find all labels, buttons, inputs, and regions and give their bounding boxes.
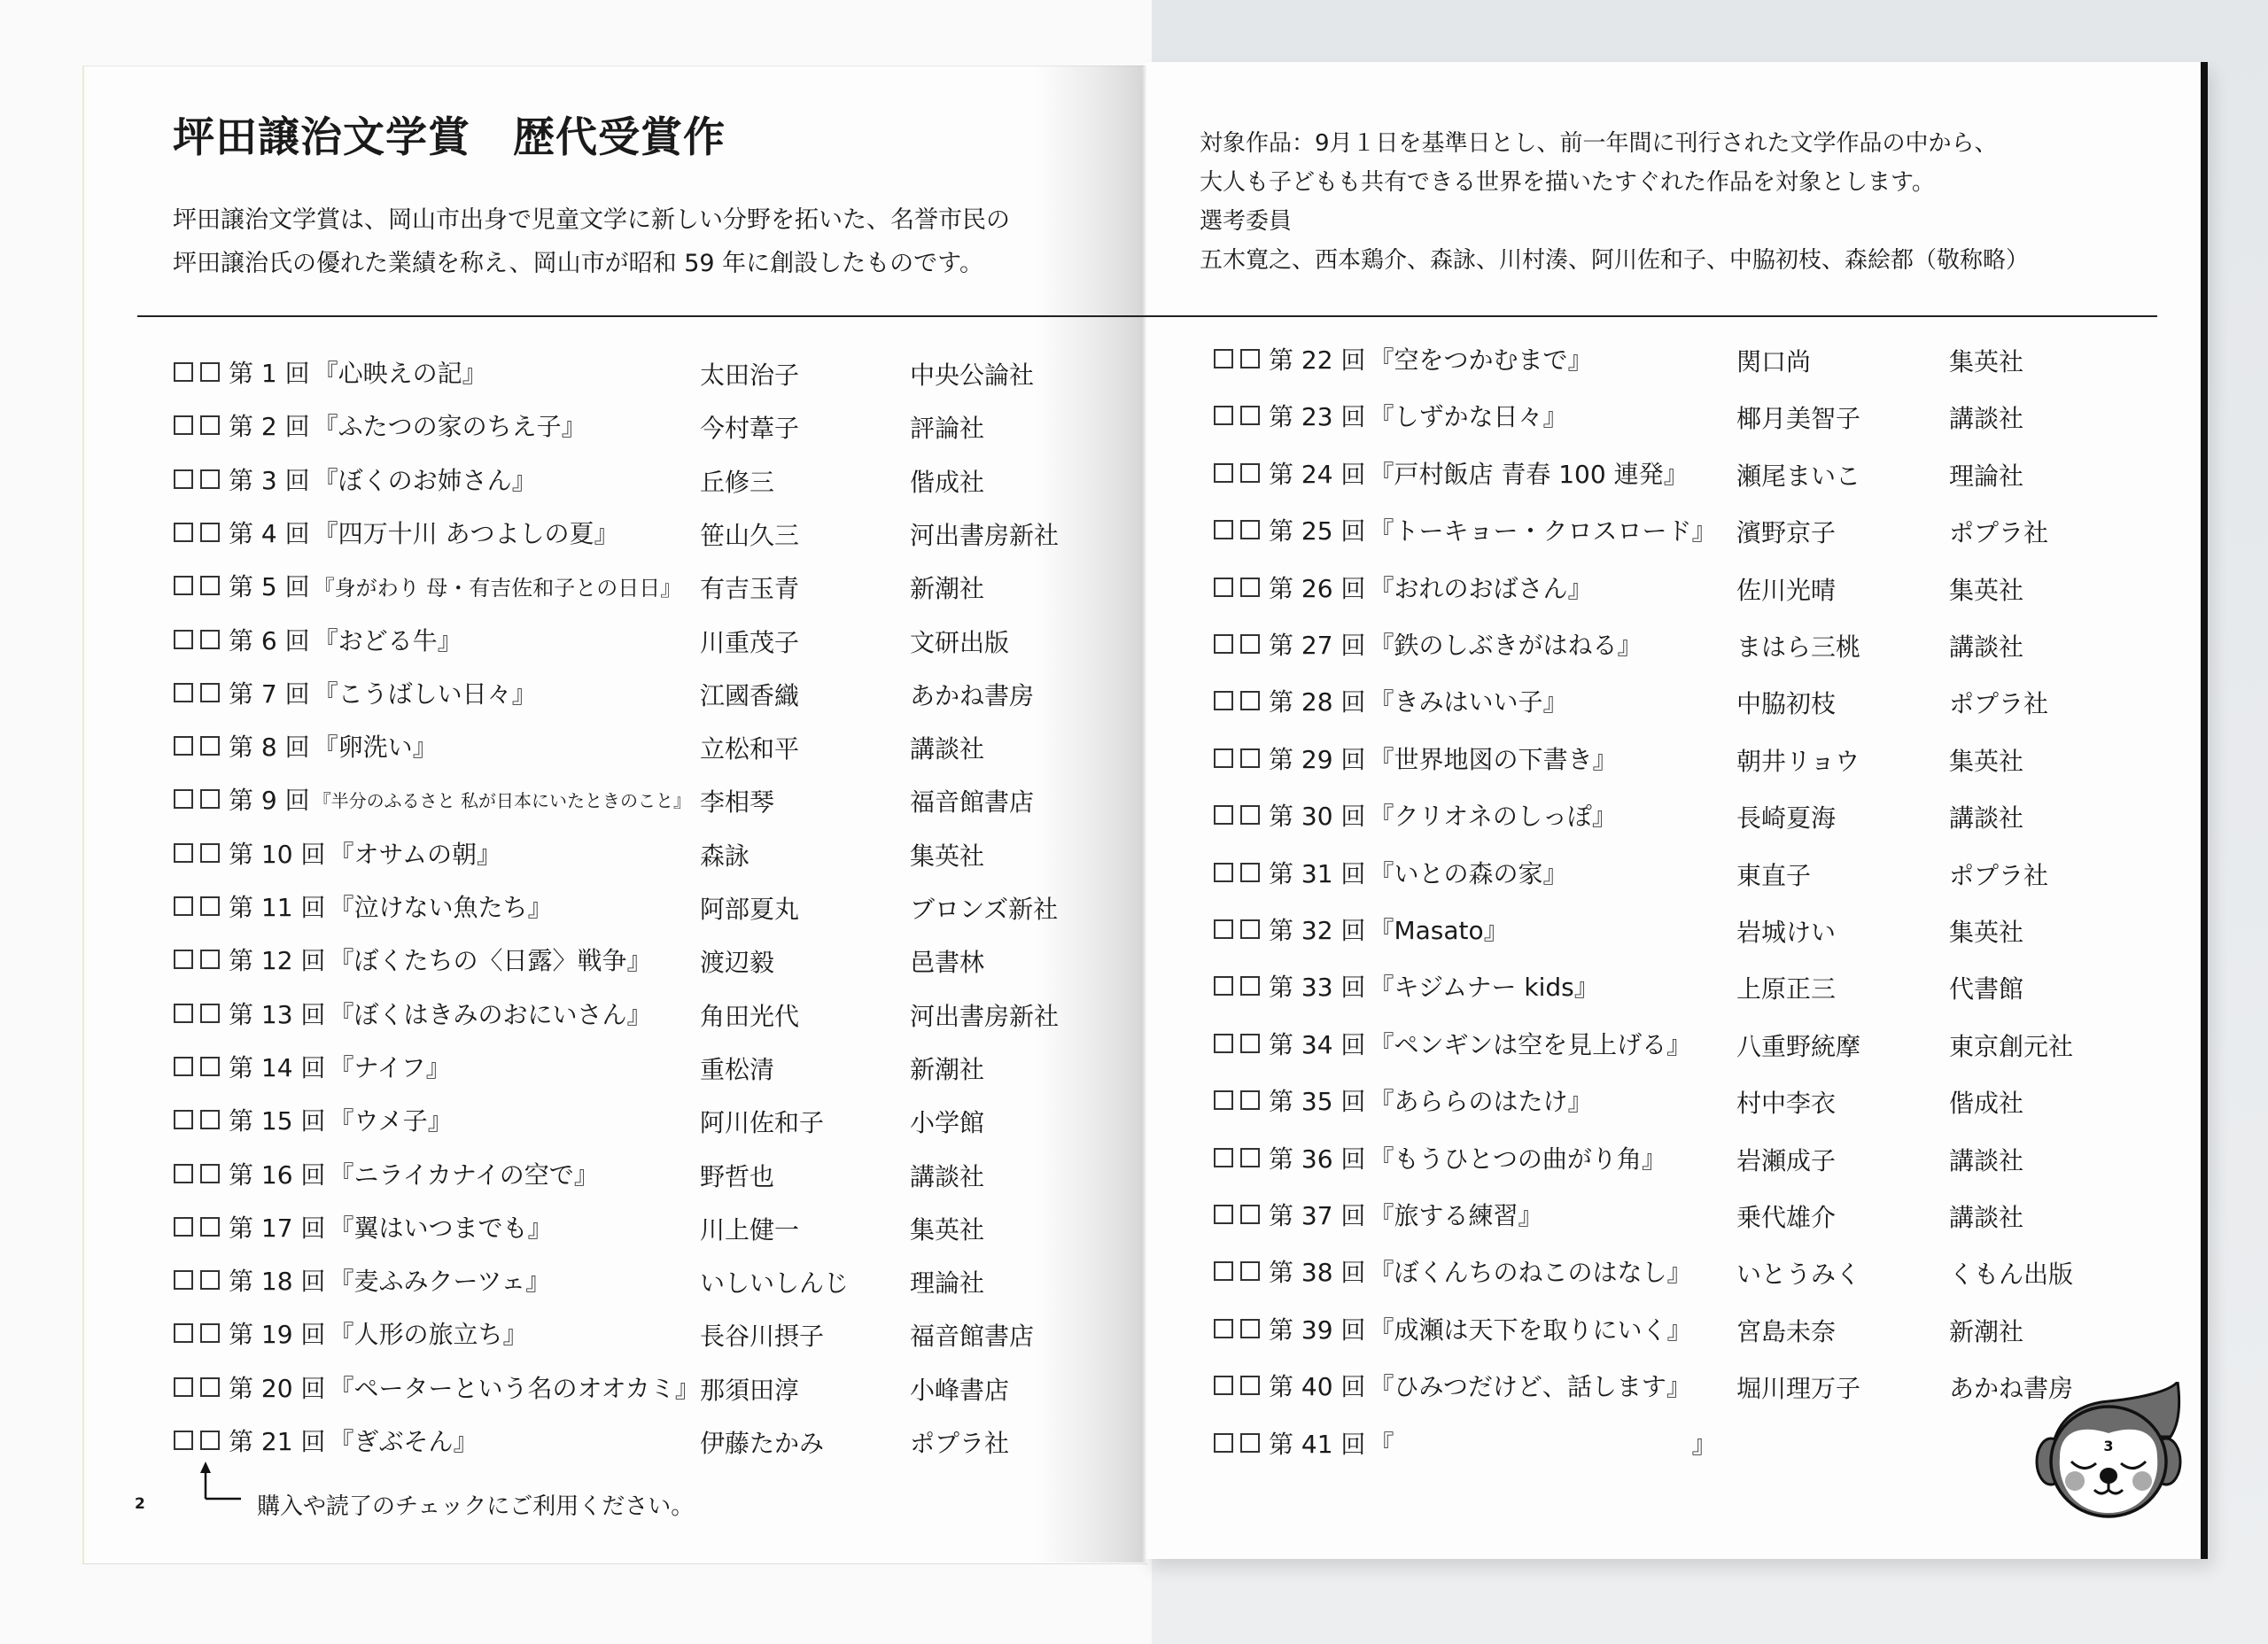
purchased-checkbox[interactable] bbox=[174, 1057, 193, 1076]
work-title: 『おれのおばさん』 bbox=[1369, 570, 1592, 605]
read-checkbox[interactable] bbox=[200, 843, 220, 863]
work-title: 『ぼくのお姉さん』 bbox=[314, 461, 537, 497]
publisher-name: ポプラ社 bbox=[1949, 514, 2048, 549]
winner-row: 第 37 回『旅する練習』 bbox=[1214, 1197, 1542, 1232]
read-checkbox[interactable] bbox=[1240, 1090, 1260, 1110]
award-round: 第 15 回 bbox=[229, 1102, 325, 1137]
publisher-name: ポプラ社 bbox=[910, 1424, 1009, 1460]
author-name: 堀川理万子 bbox=[1736, 1369, 1860, 1405]
read-checkbox[interactable] bbox=[200, 1217, 220, 1237]
author-name: 立松和平 bbox=[700, 730, 799, 765]
publisher-name: 福音館書店 bbox=[910, 783, 1034, 818]
author-name: 丘修三 bbox=[700, 463, 774, 499]
read-checkbox[interactable] bbox=[1240, 1319, 1260, 1338]
winner-row: 第 30 回『クリオネのしっぽ』 bbox=[1214, 797, 1617, 833]
winner-row: 第 7 回『こうばしい日々』 bbox=[174, 675, 537, 710]
award-round: 第 3 回 bbox=[229, 461, 310, 497]
award-round: 第 27 回 bbox=[1269, 626, 1365, 662]
read-checkbox[interactable] bbox=[1240, 691, 1260, 710]
purchased-checkbox[interactable] bbox=[1214, 406, 1233, 425]
winner-row: 第 21 回『ぎぶそん』 bbox=[174, 1423, 478, 1458]
work-title: 『ふたつの家のちえ子』 bbox=[314, 407, 586, 443]
read-checkbox[interactable] bbox=[200, 1057, 220, 1076]
committee-members: 五木寛之、西本鶏介、森詠、川村湊、阿川佐和子、中脇初枝、森絵都（敬称略） bbox=[1200, 241, 2029, 280]
purchased-checkbox[interactable] bbox=[174, 630, 193, 649]
winner-row: 第 11 回『泣けない魚たち』 bbox=[174, 888, 552, 924]
purchased-checkbox[interactable] bbox=[1214, 349, 1233, 368]
publisher-name: 河出書房新社 bbox=[910, 516, 1059, 552]
read-checkbox[interactable] bbox=[1240, 805, 1260, 825]
author-name: 長崎夏海 bbox=[1736, 799, 1836, 834]
winner-row: 第 36 回『もうひとつの曲がり角』 bbox=[1214, 1140, 1666, 1175]
award-round: 第 33 回 bbox=[1269, 968, 1365, 1004]
publisher-name: 邑書林 bbox=[910, 943, 984, 979]
purchased-checkbox[interactable] bbox=[1214, 634, 1233, 654]
purchased-checkbox[interactable] bbox=[174, 683, 193, 702]
read-checkbox[interactable] bbox=[1240, 349, 1260, 368]
publisher-name: くもん出版 bbox=[1949, 1255, 2073, 1291]
award-round: 第 24 回 bbox=[1269, 455, 1365, 491]
intro-line: 坪田譲治文学賞は、岡山市出身で児童文学に新しい分野を拓いた、名誉市民の bbox=[173, 198, 1010, 242]
read-checkbox[interactable] bbox=[200, 1004, 220, 1023]
winner-row: 第 15 回『ウメ子』 bbox=[174, 1102, 453, 1137]
purchased-checkbox[interactable] bbox=[1214, 520, 1233, 539]
read-checkbox[interactable] bbox=[1240, 1205, 1260, 1224]
winner-row: 第 5 回『身がわり 母・有吉佐和子との日日』 bbox=[174, 568, 681, 603]
award-round: 第 29 回 bbox=[1269, 741, 1365, 776]
author-name: 濱野京子 bbox=[1736, 514, 1836, 549]
winner-row: 第 28 回『きみはいい子』 bbox=[1214, 683, 1567, 718]
award-round: 第 39 回 bbox=[1269, 1311, 1365, 1346]
winner-row: 第 14 回『ナイフ』 bbox=[174, 1049, 451, 1084]
award-round: 第 5 回 bbox=[229, 568, 310, 603]
purchased-checkbox[interactable] bbox=[1214, 691, 1233, 710]
author-name: 長谷川摂子 bbox=[700, 1317, 824, 1353]
author-name: 重松清 bbox=[700, 1051, 774, 1086]
read-checkbox[interactable] bbox=[200, 469, 220, 489]
purchased-checkbox[interactable] bbox=[174, 1110, 193, 1129]
read-checkbox[interactable] bbox=[200, 1270, 220, 1290]
purchased-checkbox[interactable] bbox=[174, 1377, 193, 1397]
publisher-name: 講談社 bbox=[1949, 799, 2023, 834]
read-checkbox[interactable] bbox=[1240, 863, 1260, 882]
award-round: 第 11 回 bbox=[229, 888, 325, 924]
winner-row: 第 34 回『ペンギンは空を見上げる』 bbox=[1214, 1026, 1691, 1061]
purchased-checkbox[interactable] bbox=[174, 1323, 193, 1343]
award-round: 第 16 回 bbox=[229, 1156, 325, 1191]
award-round: 第 8 回 bbox=[229, 728, 310, 764]
purchased-checkbox[interactable] bbox=[1214, 805, 1233, 825]
winner-row: 第 19 回『人形の旅立ち』 bbox=[174, 1315, 527, 1351]
read-checkbox[interactable] bbox=[200, 1110, 220, 1129]
author-name: いとうみく bbox=[1736, 1255, 1860, 1291]
author-name: 李相琴 bbox=[700, 783, 774, 818]
purchased-checkbox[interactable] bbox=[1214, 1205, 1233, 1224]
winner-row: 第 35 回『あららのはたけ』 bbox=[1214, 1082, 1592, 1118]
purchased-checkbox[interactable] bbox=[174, 950, 193, 969]
work-title: 『戸村飯店 青春 100 連発』 bbox=[1369, 455, 1688, 491]
read-checkbox[interactable] bbox=[1240, 1148, 1260, 1167]
winner-row: 第 25 回『トーキョー・クロスロード』 bbox=[1214, 512, 1716, 547]
read-checkbox[interactable] bbox=[1240, 748, 1260, 768]
work-title: 『旅する練習』 bbox=[1369, 1197, 1542, 1232]
read-checkbox[interactable] bbox=[1240, 1034, 1260, 1053]
purchased-checkbox[interactable] bbox=[174, 1164, 193, 1183]
award-round: 第 37 回 bbox=[1269, 1197, 1365, 1232]
winner-row: 第 23 回『しずかな日々』 bbox=[1214, 398, 1567, 433]
publisher-name: 偕成社 bbox=[1949, 1084, 2023, 1120]
publisher-name: 新潮社 bbox=[910, 570, 984, 605]
author-name: 八重野統摩 bbox=[1736, 1027, 1860, 1063]
award-round: 第 17 回 bbox=[229, 1209, 325, 1245]
committee-heading: 選考委員 bbox=[1200, 202, 2029, 241]
read-checkbox[interactable] bbox=[200, 1323, 220, 1343]
publisher-name: 新潮社 bbox=[1949, 1313, 2023, 1348]
author-name: 岩城けい bbox=[1736, 913, 1836, 949]
intro-paragraph: 坪田譲治文学賞は、岡山市出身で児童文学に新しい分野を拓いた、名誉市民の 坪田譲治… bbox=[173, 198, 1010, 285]
criteria-line: 大人も子どもも共有できる世界を描いたすぐれた作品を対象とします。 bbox=[1200, 163, 2029, 202]
checkbox-usage-note: 購入や読了のチェックにご利用ください。 bbox=[257, 1488, 694, 1521]
read-checkbox[interactable] bbox=[200, 576, 220, 595]
work-title: 『キジムナー kids』 bbox=[1369, 968, 1598, 1004]
publisher-name: 集英社 bbox=[910, 1211, 984, 1246]
read-checkbox[interactable] bbox=[1240, 463, 1260, 483]
read-checkbox[interactable] bbox=[200, 415, 220, 435]
award-round: 第 38 回 bbox=[1269, 1253, 1365, 1289]
publisher-name: 河出書房新社 bbox=[910, 997, 1059, 1033]
publisher-name: 講談社 bbox=[1949, 628, 2023, 663]
author-name: 阿部夏丸 bbox=[700, 890, 799, 926]
author-name: 中脇初枝 bbox=[1736, 685, 1836, 720]
publisher-name: ブロンズ新社 bbox=[910, 890, 1058, 926]
purchased-checkbox[interactable] bbox=[1214, 1319, 1233, 1338]
author-name: 有吉玉青 bbox=[700, 570, 799, 605]
publisher-name: 東京創元社 bbox=[1949, 1027, 2073, 1063]
read-checkbox[interactable] bbox=[1240, 976, 1260, 996]
page-title: 坪田譲治文学賞 歴代受賞作 bbox=[173, 105, 726, 164]
author-name: いしいしんじ bbox=[700, 1264, 849, 1299]
work-title: 『ぼくんちのねこのはなし』 bbox=[1369, 1253, 1691, 1289]
winner-row: 第 6 回『おどる牛』 bbox=[174, 622, 462, 657]
winner-row: 第 4 回『四万十川 あつよしの夏』 bbox=[174, 515, 619, 550]
page-number-right: 3 bbox=[2103, 1438, 2113, 1454]
purchased-checkbox[interactable] bbox=[1214, 1148, 1233, 1167]
work-title: 『心映えの記』 bbox=[314, 354, 487, 390]
author-name: 伊藤たかみ bbox=[700, 1424, 824, 1460]
publisher-name: 偕成社 bbox=[910, 463, 984, 499]
purchased-checkbox[interactable] bbox=[174, 1004, 193, 1023]
publisher-name: あかね書房 bbox=[910, 677, 1034, 712]
read-checkbox[interactable] bbox=[1240, 919, 1260, 939]
award-round: 第 40 回 bbox=[1269, 1368, 1365, 1403]
work-title: 『きみはいい子』 bbox=[1369, 683, 1567, 718]
award-round: 第 28 回 bbox=[1269, 683, 1365, 718]
publisher-name: 福音館書店 bbox=[910, 1317, 1034, 1353]
award-round: 第 6 回 bbox=[229, 622, 310, 657]
read-checkbox[interactable] bbox=[1240, 1376, 1260, 1395]
purchased-checkbox[interactable] bbox=[174, 843, 193, 863]
award-round: 第 26 回 bbox=[1269, 570, 1365, 605]
award-round: 第 18 回 bbox=[229, 1262, 325, 1298]
work-title: 『ニライカナイの空で』 bbox=[329, 1156, 598, 1191]
read-checkbox[interactable] bbox=[200, 950, 220, 969]
winner-row: 第 31 回『いとの森の家』 bbox=[1214, 855, 1567, 890]
publisher-name: 代書館 bbox=[1949, 970, 2023, 1005]
work-title: 『こうばしい日々』 bbox=[314, 675, 537, 710]
publisher-name: 小学館 bbox=[910, 1104, 984, 1139]
read-checkbox[interactable] bbox=[200, 789, 220, 809]
award-round: 第 36 回 bbox=[1269, 1140, 1365, 1175]
publisher-name: 中央公論社 bbox=[910, 356, 1034, 392]
winner-row: 第 29 回『世界地図の下書き』 bbox=[1214, 741, 1617, 776]
author-name: 笹山久三 bbox=[700, 516, 799, 552]
criteria-line: 対象作品：9月１日を基準日とし、前一年間に刊行された文学作品の中から、 bbox=[1200, 124, 2029, 163]
arrow-up-icon bbox=[197, 1462, 241, 1506]
purchased-checkbox[interactable] bbox=[174, 789, 193, 809]
award-round: 第 20 回 bbox=[229, 1369, 325, 1405]
author-name: 野哲也 bbox=[700, 1158, 774, 1193]
author-name: 瀬尾まいこ bbox=[1736, 457, 1860, 492]
award-round: 第 10 回 bbox=[229, 835, 325, 871]
publisher-name: 集英社 bbox=[1949, 742, 2023, 778]
work-title: 『世界地図の下書き』 bbox=[1369, 741, 1617, 776]
work-title: 『しずかな日々』 bbox=[1369, 398, 1567, 433]
purchased-checkbox[interactable] bbox=[174, 362, 193, 382]
work-title: 『成瀬は天下を取りにいく』 bbox=[1369, 1311, 1691, 1346]
award-round: 第 9 回 bbox=[229, 781, 310, 817]
award-round: 第 30 回 bbox=[1269, 797, 1365, 833]
read-checkbox[interactable] bbox=[1240, 1261, 1260, 1281]
award-round: 第 12 回 bbox=[229, 942, 325, 977]
award-round: 第 22 回 bbox=[1269, 341, 1365, 376]
winner-row: 第 24 回『戸村飯店 青春 100 連発』 bbox=[1214, 455, 1689, 491]
winner-row: 第 13 回『ぼくはきみのおにいさん』 bbox=[174, 996, 651, 1031]
spine-fold-shadow bbox=[1037, 66, 1147, 1563]
winner-row: 第 1 回『心映えの記』 bbox=[174, 354, 487, 390]
publisher-name: 小峰書店 bbox=[910, 1371, 1009, 1407]
publisher-name: 集英社 bbox=[1949, 571, 2023, 607]
author-name: 江國香織 bbox=[700, 677, 799, 712]
winner-row: 第 40 回『ひみつだけど、話します』 bbox=[1214, 1368, 1691, 1403]
purchased-checkbox[interactable] bbox=[1214, 1376, 1233, 1395]
work-title: 『もうひとつの曲がり角』 bbox=[1369, 1140, 1666, 1175]
purchased-checkbox[interactable] bbox=[1214, 919, 1233, 939]
selection-criteria: 対象作品：9月１日を基準日とし、前一年間に刊行された文学作品の中から、 大人も子… bbox=[1200, 124, 2029, 280]
author-name: 森詠 bbox=[700, 837, 750, 872]
publisher-name: 講談社 bbox=[910, 1158, 984, 1193]
work-title: 『翼はいつまでも』 bbox=[329, 1209, 552, 1245]
read-checkbox[interactable] bbox=[1240, 520, 1260, 539]
purchased-checkbox[interactable] bbox=[174, 415, 193, 435]
purchased-checkbox[interactable] bbox=[1214, 863, 1233, 882]
read-checkbox[interactable] bbox=[1240, 578, 1260, 597]
purchased-checkbox[interactable] bbox=[174, 523, 193, 542]
work-title: 『オサムの朝』 bbox=[329, 835, 501, 871]
author-name: 川上健一 bbox=[700, 1211, 799, 1246]
publisher-name: ポプラ社 bbox=[1949, 685, 2048, 720]
work-title: 『身がわり 母・有吉佐和子との日日』 bbox=[314, 570, 682, 601]
work-title: 『麦ふみクーツェ』 bbox=[329, 1262, 550, 1298]
author-name: まはら三桃 bbox=[1736, 628, 1860, 663]
read-checkbox[interactable] bbox=[200, 523, 220, 542]
publisher-name: 新潮社 bbox=[910, 1051, 984, 1086]
award-round: 第 19 回 bbox=[229, 1315, 325, 1351]
award-round: 第 7 回 bbox=[229, 675, 310, 710]
publisher-name: 集英社 bbox=[910, 837, 984, 872]
winner-row: 第 32 回『Masato』 bbox=[1214, 911, 1509, 947]
publisher-name: 文研出版 bbox=[910, 624, 1009, 659]
winner-row: 第 18 回『麦ふみクーツェ』 bbox=[174, 1262, 550, 1298]
purchased-checkbox[interactable] bbox=[174, 1431, 193, 1450]
winner-row: 第 2 回『ふたつの家のちえ子』 bbox=[174, 407, 586, 443]
purchased-checkbox[interactable] bbox=[174, 1217, 193, 1237]
read-checkbox[interactable] bbox=[1240, 634, 1260, 654]
author-name: 村中李衣 bbox=[1736, 1084, 1836, 1120]
award-round: 第 4 回 bbox=[229, 515, 310, 550]
purchased-checkbox[interactable] bbox=[1214, 1090, 1233, 1110]
work-title: 『Masato』 bbox=[1369, 911, 1508, 947]
author-name: 那須田淳 bbox=[700, 1371, 799, 1407]
work-title: 『泣けない魚たち』 bbox=[329, 888, 552, 924]
author-name: 岩瀬成子 bbox=[1736, 1142, 1836, 1177]
award-round: 第 13 回 bbox=[229, 996, 325, 1031]
purchased-checkbox[interactable] bbox=[174, 576, 193, 595]
purchased-checkbox[interactable] bbox=[174, 1270, 193, 1290]
purchased-checkbox[interactable] bbox=[174, 896, 193, 916]
publisher-name: 講談社 bbox=[1949, 399, 2023, 435]
author-name: 角田光代 bbox=[700, 997, 799, 1033]
read-checkbox[interactable] bbox=[200, 1431, 220, 1450]
winner-row: 第 3 回『ぼくのお姉さん』 bbox=[174, 461, 537, 497]
work-title: 『ペーターという名のオオカミ』 bbox=[329, 1369, 699, 1405]
publisher-name: 講談社 bbox=[910, 730, 984, 765]
read-checkbox[interactable] bbox=[1240, 406, 1260, 425]
work-title: 『卵洗い』 bbox=[314, 728, 438, 764]
winner-row: 第 9 回『半分のふるさと 私が日本にいたときのこと』 bbox=[174, 781, 691, 817]
author-name: 川重茂子 bbox=[700, 624, 799, 659]
work-title: 『クリオネのしっぽ』 bbox=[1369, 797, 1616, 833]
work-title: 『ぎぶそん』 bbox=[329, 1423, 478, 1458]
award-round: 第 35 回 bbox=[1269, 1082, 1365, 1118]
publisher-name: 理論社 bbox=[1949, 457, 2023, 492]
monkey-mascot-icon: 3 bbox=[2020, 1382, 2197, 1524]
winner-row: 第 20 回『ペーターという名のオオカミ』 bbox=[174, 1369, 700, 1405]
winner-row: 第 39 回『成瀬は天下を取りにいく』 bbox=[1214, 1311, 1691, 1346]
award-round: 第 31 回 bbox=[1269, 855, 1365, 890]
purchased-checkbox[interactable] bbox=[1214, 578, 1233, 597]
work-title: 『ウメ子』 bbox=[329, 1102, 452, 1137]
read-checkbox[interactable] bbox=[1240, 1433, 1260, 1453]
publisher-name: 評論社 bbox=[910, 409, 984, 445]
work-title: 『ひみつだけど、話します』 bbox=[1369, 1368, 1690, 1403]
work-title: 『トーキョー・クロスロード』 bbox=[1369, 512, 1716, 547]
work-title: 『ぼくたちの〈日露〉戦争』 bbox=[329, 942, 651, 977]
author-name: 今村葦子 bbox=[700, 409, 799, 445]
purchased-checkbox[interactable] bbox=[1214, 463, 1233, 483]
winner-row: 第 16 回『ニライカナイの空で』 bbox=[174, 1156, 599, 1191]
author-name: 乗代雄介 bbox=[1736, 1198, 1836, 1234]
award-round: 第 41 回 bbox=[1269, 1425, 1365, 1461]
winner-row: 第 10 回『オサムの朝』 bbox=[174, 835, 501, 871]
winner-row: 第 12 回『ぼくたちの〈日露〉戦争』 bbox=[174, 942, 651, 977]
read-checkbox[interactable] bbox=[200, 1377, 220, 1397]
publisher-name: 集英社 bbox=[1949, 343, 2023, 378]
work-title: 『おどる牛』 bbox=[314, 622, 462, 657]
author-name: 東直子 bbox=[1736, 857, 1811, 892]
winner-row: 第 33 回『キジムナー kids』 bbox=[1214, 968, 1599, 1004]
work-title: 『あららのはたけ』 bbox=[1369, 1082, 1592, 1118]
purchased-checkbox[interactable] bbox=[174, 736, 193, 756]
award-round: 第 34 回 bbox=[1269, 1026, 1365, 1061]
author-name: 朝井リョウ bbox=[1736, 742, 1860, 778]
work-title: 『四万十川 あつよしの夏』 bbox=[314, 515, 619, 550]
read-checkbox[interactable] bbox=[200, 683, 220, 702]
winner-row: 第 27 回『鉄のしぶきがはねる』 bbox=[1214, 626, 1642, 662]
author-name: 椰月美智子 bbox=[1736, 399, 1860, 435]
purchased-checkbox[interactable] bbox=[1214, 1261, 1233, 1281]
publisher-name: 講談社 bbox=[1949, 1142, 2023, 1177]
work-title: 『 』 bbox=[1369, 1425, 1716, 1461]
work-title: 『ナイフ』 bbox=[329, 1049, 450, 1084]
author-name: 太田治子 bbox=[700, 356, 799, 392]
read-checkbox[interactable] bbox=[200, 736, 220, 756]
award-round: 第 14 回 bbox=[229, 1049, 325, 1084]
author-name: 宮島未奈 bbox=[1736, 1313, 1836, 1348]
award-round: 第 21 回 bbox=[229, 1423, 325, 1458]
award-round: 第 25 回 bbox=[1269, 512, 1365, 547]
purchased-checkbox[interactable] bbox=[1214, 748, 1233, 768]
intro-line: 坪田譲治氏の優れた業績を称え、岡山市が昭和 59 年に創設したものです。 bbox=[173, 242, 1010, 285]
winner-row: 第 26 回『おれのおばさん』 bbox=[1214, 570, 1592, 605]
author-name: 渡辺毅 bbox=[700, 943, 774, 979]
author-name: 阿川佐和子 bbox=[700, 1104, 824, 1139]
publisher-name: 講談社 bbox=[1949, 1198, 2023, 1234]
publisher-name: 理論社 bbox=[910, 1264, 984, 1299]
read-checkbox[interactable] bbox=[200, 630, 220, 649]
winner-row: 第 8 回『卵洗い』 bbox=[174, 728, 438, 764]
winner-row: 第 41 回『 』 bbox=[1214, 1425, 1716, 1461]
author-name: 上原正三 bbox=[1736, 970, 1836, 1005]
work-title: 『空をつかむまで』 bbox=[1369, 341, 1592, 376]
work-title: 『半分のふるさと 私が日本にいたときのこと』 bbox=[314, 787, 691, 812]
read-checkbox[interactable] bbox=[200, 896, 220, 916]
award-round: 第 32 回 bbox=[1269, 911, 1365, 947]
publisher-name: ポプラ社 bbox=[1949, 857, 2048, 892]
work-title: 『人形の旅立ち』 bbox=[329, 1315, 527, 1351]
work-title: 『いとの森の家』 bbox=[1369, 855, 1567, 890]
purchased-checkbox[interactable] bbox=[1214, 1433, 1233, 1453]
work-title: 『ペンギンは空を見上げる』 bbox=[1369, 1026, 1691, 1061]
winner-row: 第 17 回『翼はいつまでも』 bbox=[174, 1209, 552, 1245]
purchased-checkbox[interactable] bbox=[1214, 1034, 1233, 1053]
work-title: 『ぼくはきみのおにいさん』 bbox=[329, 996, 651, 1031]
work-title: 『鉄のしぶきがはねる』 bbox=[1369, 626, 1642, 662]
award-round: 第 1 回 bbox=[229, 354, 310, 390]
author-name: 佐川光晴 bbox=[1736, 571, 1836, 607]
award-round: 第 23 回 bbox=[1269, 398, 1365, 433]
header-divider bbox=[137, 315, 2157, 317]
publisher-name: 集英社 bbox=[1949, 913, 2023, 949]
page-number-left: 2 bbox=[135, 1495, 145, 1513]
purchased-checkbox[interactable] bbox=[1214, 976, 1233, 996]
read-checkbox[interactable] bbox=[200, 362, 220, 382]
read-checkbox[interactable] bbox=[200, 1164, 220, 1183]
winner-row: 第 38 回『ぼくんちのねこのはなし』 bbox=[1214, 1253, 1691, 1289]
author-name: 関口尚 bbox=[1736, 343, 1811, 378]
winner-row: 第 22 回『空をつかむまで』 bbox=[1214, 341, 1592, 376]
purchased-checkbox[interactable] bbox=[174, 469, 193, 489]
award-round: 第 2 回 bbox=[229, 407, 310, 443]
